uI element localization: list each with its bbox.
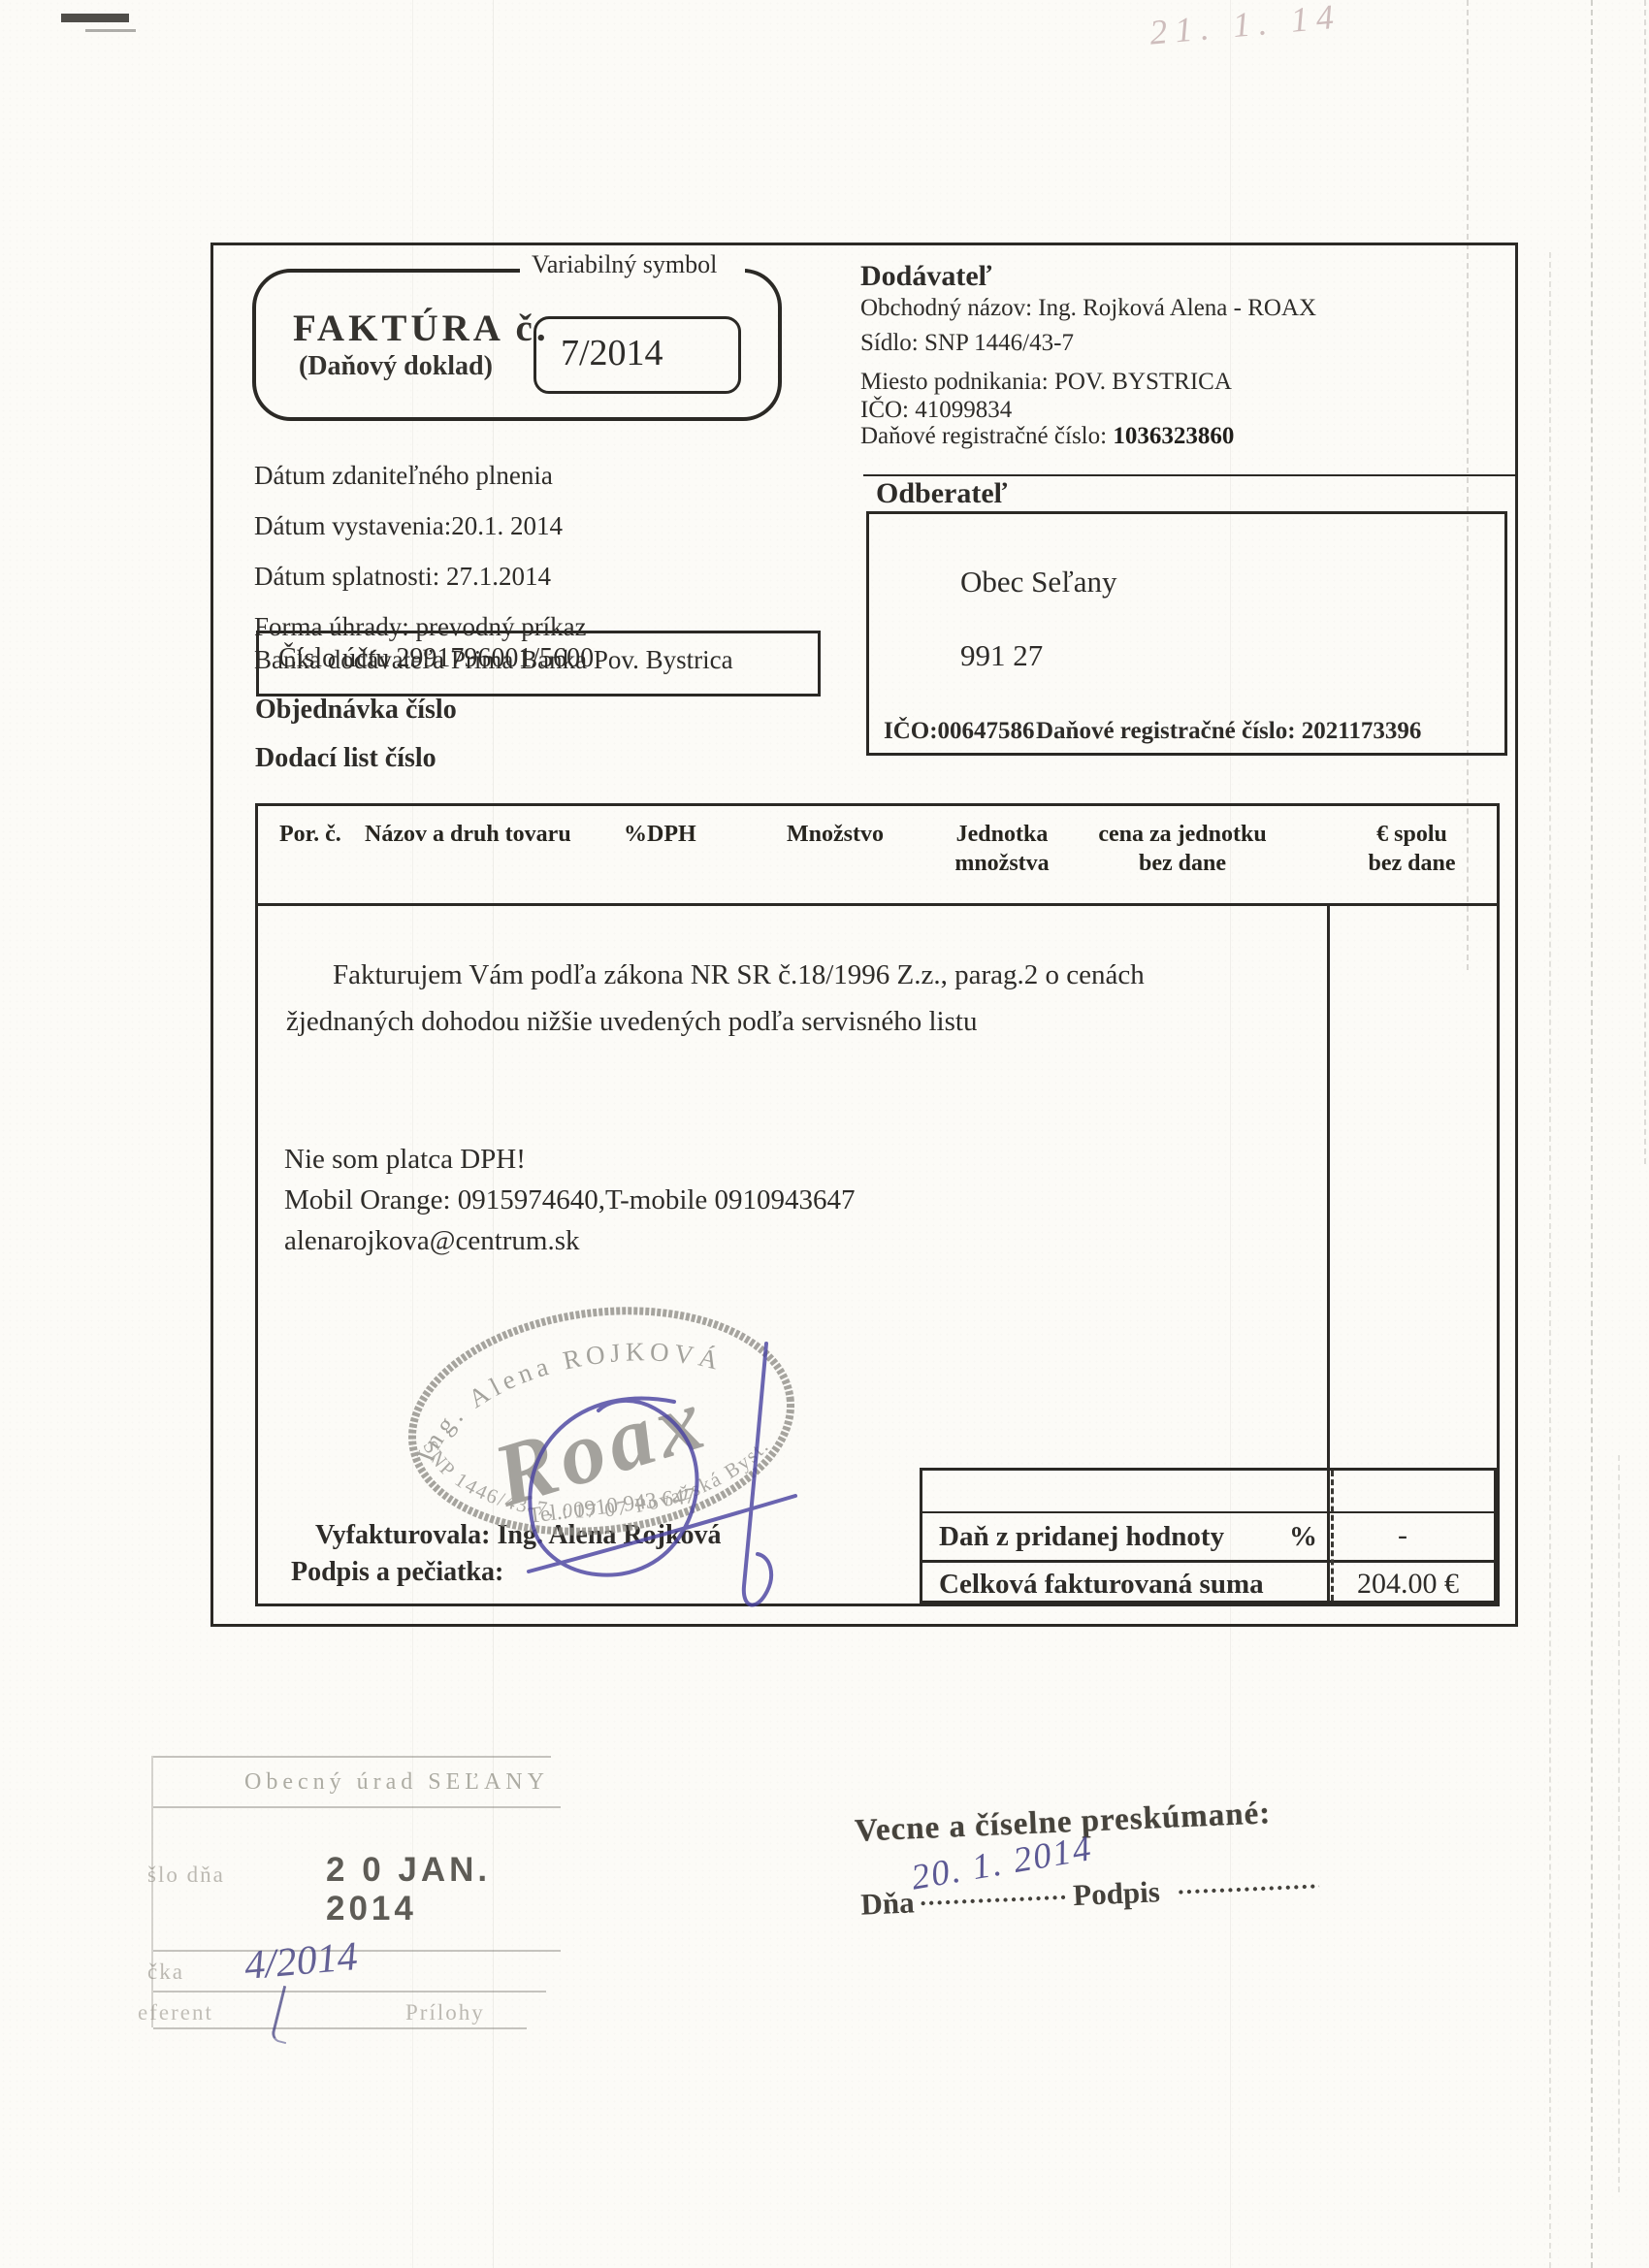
scan-streak	[1591, 0, 1593, 2268]
customer-tax-label: Daňové registračné číslo:	[1036, 718, 1302, 744]
supplier-place-of-business: Miesto podnikania: POV. BYSTRICA	[860, 369, 1232, 396]
invoice-text-line1: Fakturujem Vám podľa zákona NR SR č.18/1…	[333, 959, 1145, 991]
received-date-label: šlo dňa	[147, 1863, 225, 1888]
office-name: Obecný úrad SEĽANY	[244, 1769, 549, 1796]
scan-corner-mark-thin	[85, 29, 136, 32]
invoice-title: FAKTÚRA č.	[293, 307, 550, 350]
col-header-quantity: Množstvo	[787, 822, 884, 848]
supplier-divider	[863, 474, 1515, 476]
review-date-label: Dňa	[860, 1885, 916, 1922]
col-header-number: Por. č.	[279, 822, 341, 848]
scan-streak	[1549, 252, 1551, 2268]
issue-date: Dátum vystavenia:20.1. 2014	[254, 511, 563, 541]
total-value: 204.00 €	[1357, 1568, 1459, 1601]
vat-row-label: Daň z pridanej hodnoty	[939, 1521, 1224, 1553]
delivery-note-label: Dodací list číslo	[255, 743, 436, 774]
supplier-address: Sídlo: SNP 1446/43-7	[860, 330, 1074, 357]
col-header-vat: %DPH	[624, 822, 696, 848]
col-header-unit-price-line1: cena za jednotku	[1060, 822, 1305, 848]
col-header-unit-line2: množstva	[929, 851, 1075, 877]
col-header-total-line1: € spolu	[1327, 822, 1497, 848]
taxable-date-label: Dátum zdaniteľného plnenia	[254, 461, 553, 491]
invoice-subtitle: (Daňový doklad)	[299, 351, 493, 382]
supplier-tax-label: Daňové registračné číslo:	[860, 423, 1113, 449]
stamp-rule	[153, 1756, 551, 1758]
scan-streak	[1618, 1455, 1620, 2192]
invoice-text-line2: žjednaných dohodou nižšie uvedených podľ…	[286, 1006, 977, 1038]
scan-streak	[1644, 0, 1646, 1164]
handwritten-pencil-date: 21. 1. 14	[1148, 0, 1343, 53]
attachments-label: Prílohy	[405, 2000, 485, 2025]
customer-name: Obec Seľany	[960, 565, 1117, 599]
due-date: Dátum splatnosti: 27.1.2014	[254, 562, 551, 592]
customer-heading: Odberateľ	[876, 477, 1008, 510]
col-header-unit-line1: Jednotka	[929, 822, 1075, 848]
email-note: alenarojkova@centrum.sk	[284, 1225, 580, 1257]
table-header-rule	[258, 903, 1497, 906]
reference-label: čka	[147, 1960, 184, 1985]
supplier-heading: Dodávateľ	[860, 260, 992, 293]
stamp-edge	[151, 1756, 153, 2027]
supplier-business-name: Obchodný názov: Ing. Rojková Alena - ROA…	[860, 295, 1316, 322]
stamp-rule	[153, 1991, 546, 1993]
col-header-description: Názov a druh tovaru	[365, 822, 571, 848]
handwritten-mark	[270, 1986, 300, 2044]
customer-box: Obec Seľany 991 27 IČO:00647586 Daňové r…	[866, 511, 1507, 756]
phone-note: Mobil Orange: 0915974640,T-mobile 091094…	[284, 1184, 856, 1216]
scan-corner-mark	[61, 14, 129, 22]
customer-tax-value: 2021173396	[1302, 718, 1422, 744]
supplier-tax-value: 1036323860	[1113, 423, 1234, 449]
reference-number-handwritten: 4/2014	[242, 1933, 359, 1990]
order-number-label: Objednávka číslo	[255, 695, 457, 726]
review-signature-label: Podpis	[1072, 1874, 1160, 1913]
received-stamp: Obecný úrad SEĽANY šlo dňa 2 0 JAN. 2014…	[136, 1746, 592, 2037]
clerk-label: eferent	[138, 2000, 213, 2025]
col-header-total-line2: bez dane	[1327, 851, 1497, 877]
vat-value: -	[1398, 1519, 1407, 1552]
scanned-invoice-page: 21. 1. 14 Variabilný symbol FAKTÚRA č. (…	[0, 0, 1649, 2268]
totals-rule-1	[922, 1511, 1494, 1513]
invoice-number: 7/2014	[561, 332, 663, 374]
received-date-stamp: 2 0 JAN. 2014	[326, 1851, 592, 1928]
variable-symbol-label: Variabilný symbol	[532, 250, 717, 279]
roax-stamp-and-signature: Ing. Alena ROJKOVÁ SNP 1446/43-7, 017 07…	[383, 1290, 839, 1625]
totals-dashed-separator	[1331, 1471, 1334, 1601]
supplier-tax-number: Daňové registračné číslo: 1036323860	[860, 423, 1234, 450]
total-row-label: Celková fakturovaná suma	[939, 1569, 1264, 1601]
customer-ico: IČO:00647586	[884, 718, 1035, 745]
totals-box: Daň z pridanej hodnoty % - Celková faktu…	[920, 1468, 1497, 1604]
stamp-rule	[153, 2027, 527, 2029]
customer-tax-number: Daňové registračné číslo: 2021173396	[1036, 718, 1421, 745]
totals-rule-2	[922, 1560, 1494, 1563]
supplier-ico: IČO: 41099834	[860, 397, 1012, 424]
vat-percent-sign: %	[1289, 1521, 1317, 1553]
stamp-rule	[153, 1806, 561, 1808]
customer-zip: 991 27	[960, 638, 1043, 673]
review-signature-dots: ............................	[1177, 1865, 1319, 1900]
col-header-unit-price-line2: bez dane	[1060, 851, 1305, 877]
vat-note: Nie som platca DPH!	[284, 1144, 526, 1176]
account-number: Číslo účtu 2991796001/5600	[278, 643, 594, 674]
review-stamp: Vecne a číselne preskúmané: Dňa ........…	[852, 1786, 1322, 1937]
